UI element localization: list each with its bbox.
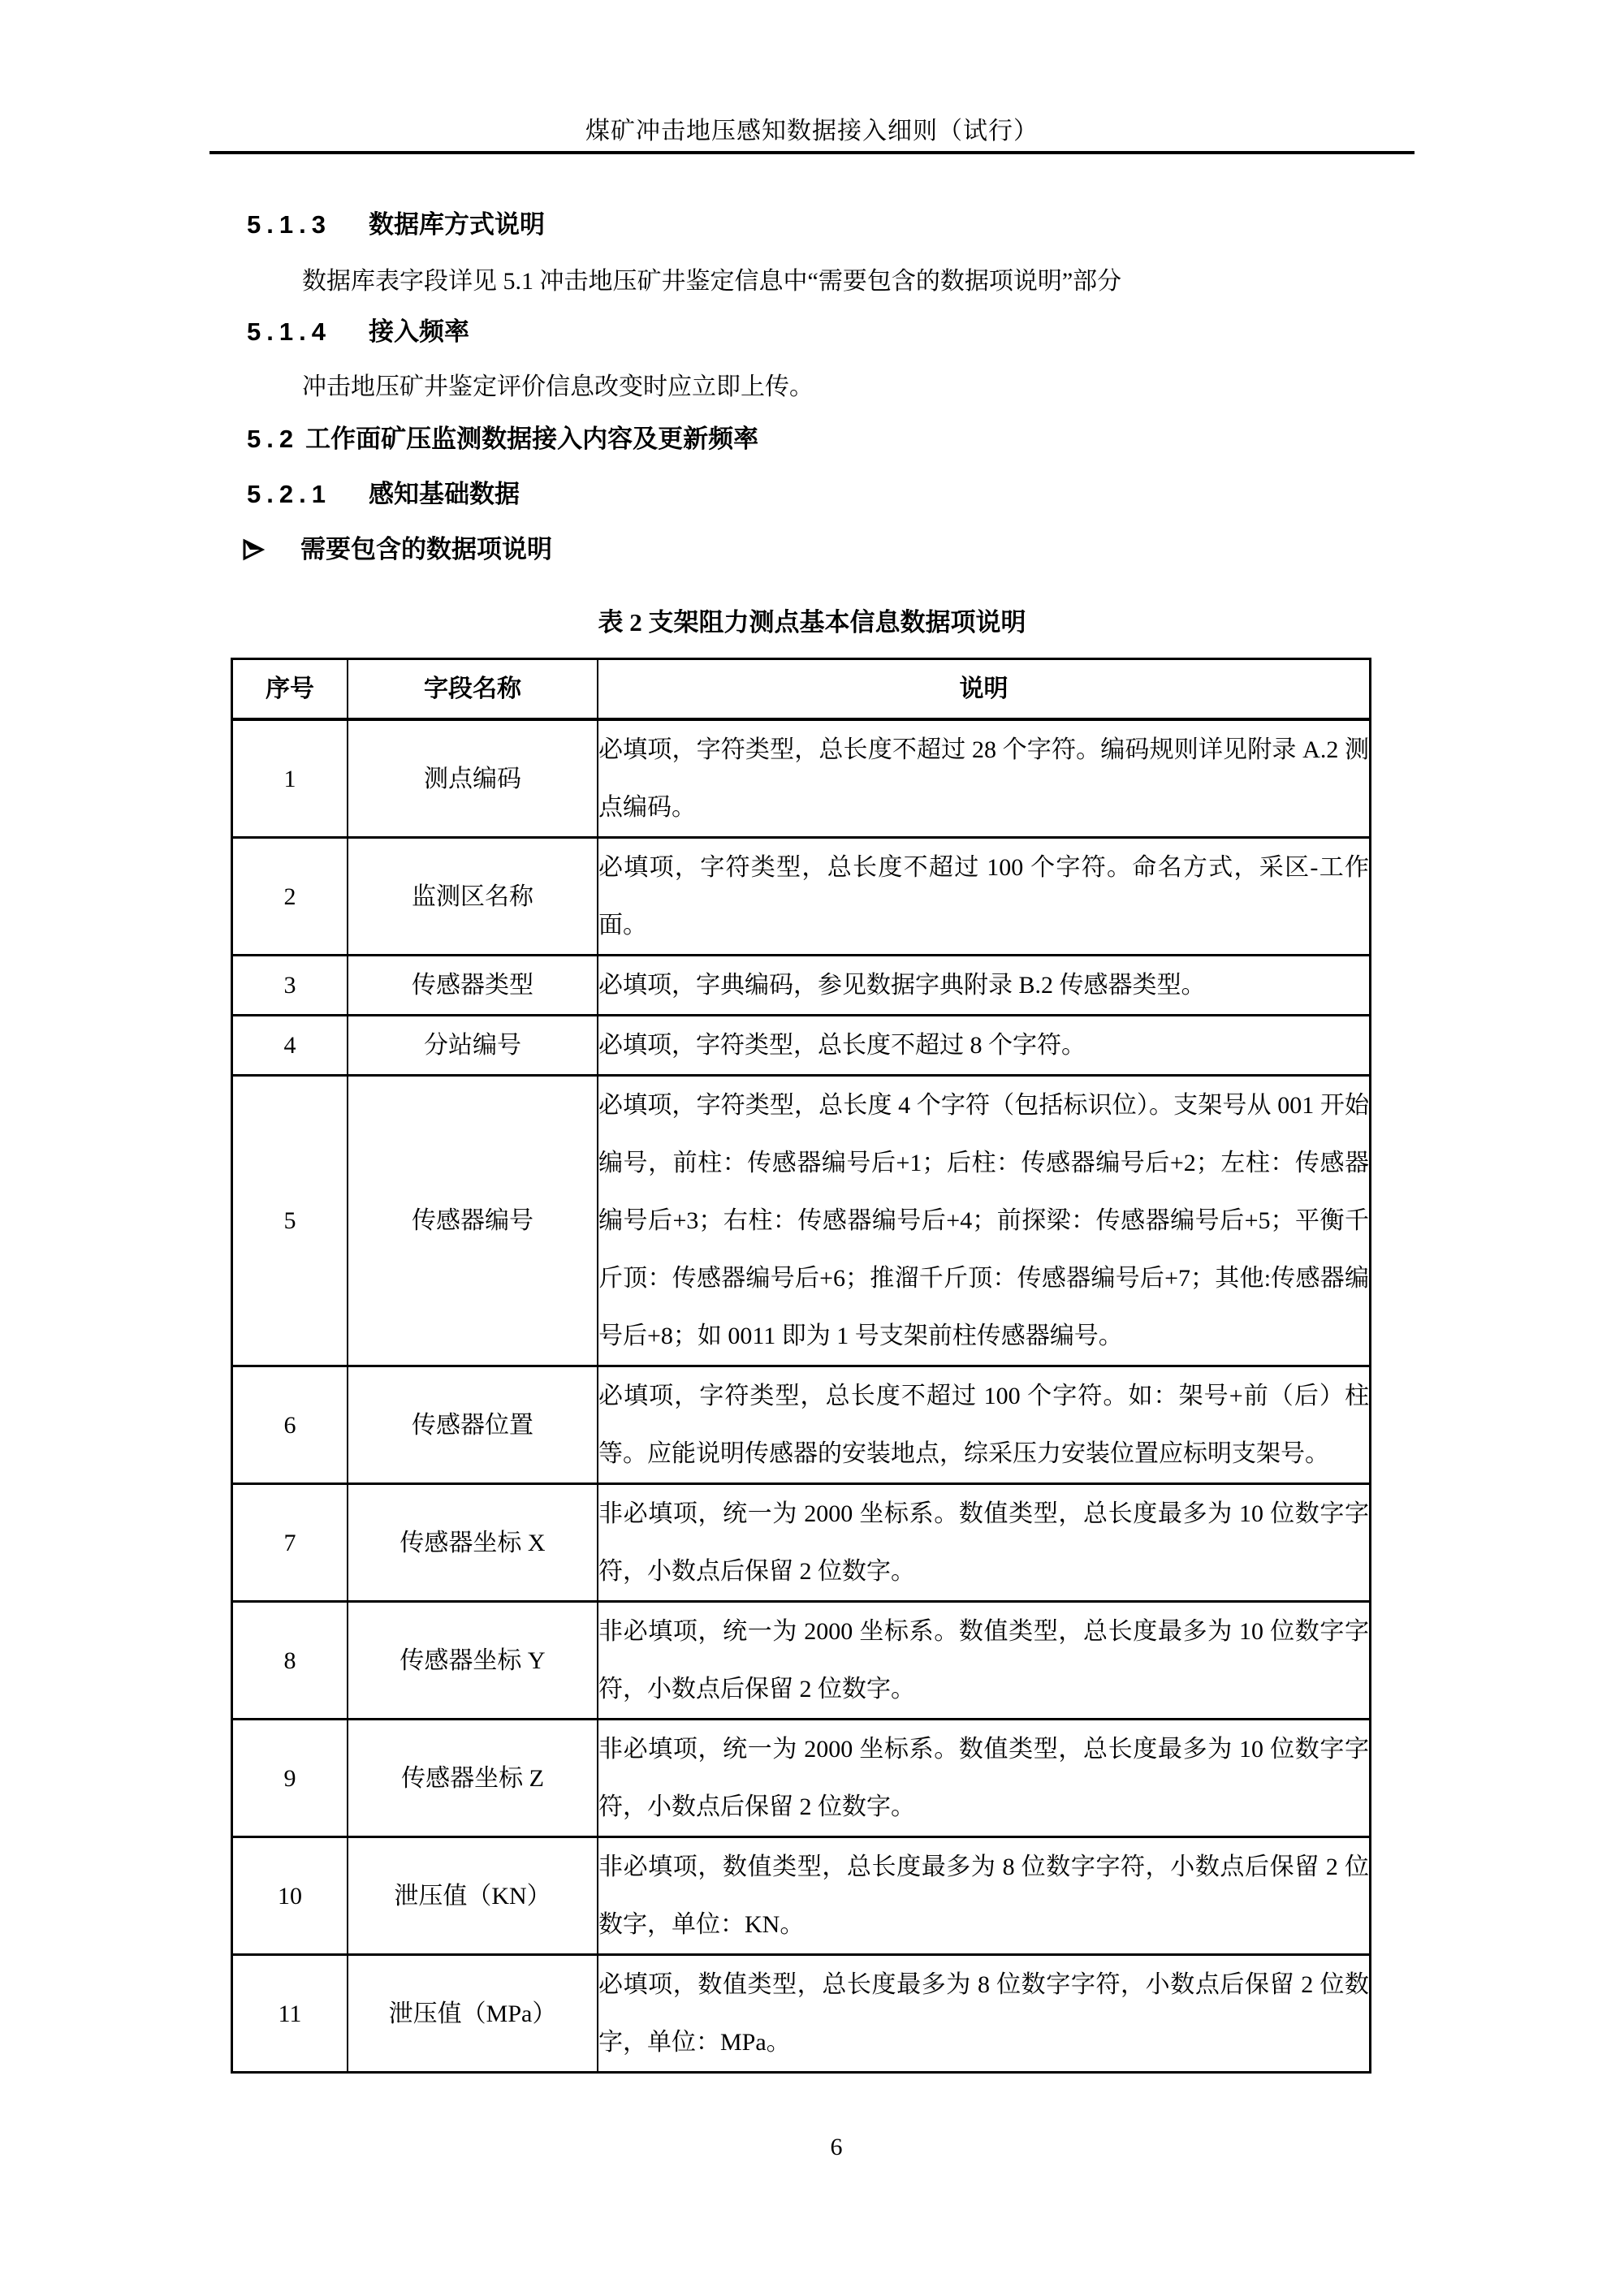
- row-no: 4: [232, 1016, 348, 1076]
- row-field: 传感器编号: [348, 1076, 598, 1366]
- table-row: 4 分站编号 必填项，字符类型，总长度不超过 8 个字符。: [232, 1016, 1371, 1076]
- row-desc: 非必填项，统一为 2000 坐标系。数值类型，总长度最多为 10 位数字字符，小…: [598, 1602, 1371, 1720]
- row-desc: 必填项，字符类型，总长度不超过 28 个字符。编码规则详见附录 A.2 测点编码…: [598, 719, 1371, 838]
- section-number: 5.2.1: [247, 480, 331, 508]
- row-field: 传感器坐标 Z: [348, 1720, 598, 1837]
- row-no: 2: [232, 838, 348, 956]
- bullet-text: 需要包含的数据项说明: [300, 534, 552, 565]
- row-desc: 必填项，字符类型，总长度不超过 100 个字符。如：架号+前（后）柱等。应能说明…: [598, 1366, 1371, 1484]
- row-no: 11: [232, 1955, 348, 2073]
- table-row: 3 传感器类型 必填项，字典编码，参见数据字典附录 B.2 传感器类型。: [232, 956, 1371, 1016]
- row-desc: 必填项，字符类型，总长度不超过 100 个字符。命名方式，采区-工作面。: [598, 838, 1371, 956]
- column-header-no: 序号: [232, 659, 348, 720]
- table-row: 9 传感器坐标 Z 非必填项，统一为 2000 坐标系。数值类型，总长度最多为 …: [232, 1720, 1371, 1837]
- paragraph-5-1-3: 数据库表字段详见 5.1 冲击地压矿井鉴定信息中“需要包含的数据项说明”部分: [302, 266, 1374, 297]
- row-field: 传感器坐标 X: [348, 1484, 598, 1602]
- section-heading-5-1-4: 5.1.4接入频率: [247, 317, 469, 347]
- section-title: 数据库方式说明: [369, 210, 545, 239]
- table-row: 7 传感器坐标 X 非必填项，统一为 2000 坐标系。数值类型，总长度最多为 …: [232, 1484, 1371, 1602]
- row-no: 9: [232, 1720, 348, 1837]
- row-field: 测点编码: [348, 719, 598, 838]
- section-heading-5-1-3: 5.1.3数据库方式说明: [247, 209, 545, 240]
- row-field: 泄压值（KN）: [348, 1837, 598, 1955]
- row-field: 传感器类型: [348, 956, 598, 1016]
- section-title: 接入频率: [369, 317, 469, 346]
- running-header-title: 煤矿冲击地压感知数据接入细则（试行）: [0, 117, 1624, 146]
- row-desc: 非必填项，数值类型，总长度最多为 8 位数字字符，小数点后保留 2 位数字，单位…: [598, 1837, 1371, 1955]
- row-no: 1: [232, 719, 348, 838]
- section-heading-5-2-1: 5.2.1感知基础数据: [247, 479, 520, 510]
- table-row: 1 测点编码 必填项，字符类型，总长度不超过 28 个字符。编码规则详见附录 A…: [232, 719, 1371, 838]
- data-items-table: 序号 字段名称 说明 1 测点编码 必填项，字符类型，总长度不超过 28 个字符…: [231, 658, 1371, 2074]
- bullet-item: 需要包含的数据项说明: [242, 534, 552, 565]
- section-title: 感知基础数据: [369, 480, 520, 508]
- row-field: 监测区名称: [348, 838, 598, 956]
- table-row: 10 泄压值（KN） 非必填项，数值类型，总长度最多为 8 位数字字符，小数点后…: [232, 1837, 1371, 1955]
- table-row: 6 传感器位置 必填项，字符类型，总长度不超过 100 个字符。如：架号+前（后…: [232, 1366, 1371, 1484]
- section-title: 工作面矿压监测数据接入内容及更新频率: [305, 425, 758, 453]
- table-row: 8 传感器坐标 Y 非必填项，统一为 2000 坐标系。数值类型，总长度最多为 …: [232, 1602, 1371, 1720]
- section-number: 5.1.3: [247, 210, 331, 239]
- section-number: 5.1.4: [247, 317, 331, 346]
- row-field: 传感器坐标 Y: [348, 1602, 598, 1720]
- table-caption: 表 2 支架阻力测点基本信息数据项说明: [0, 607, 1624, 638]
- section-number: 5.2: [247, 425, 299, 453]
- row-desc: 必填项，数值类型，总长度最多为 8 位数字字符，小数点后保留 2 位数字，单位：…: [598, 1955, 1371, 2073]
- table-row: 11 泄压值（MPa） 必填项，数值类型，总长度最多为 8 位数字字符，小数点后…: [232, 1955, 1371, 2073]
- table-row: 2 监测区名称 必填项，字符类型，总长度不超过 100 个字符。命名方式，采区-…: [232, 838, 1371, 956]
- column-header-field: 字段名称: [348, 659, 598, 720]
- column-header-desc: 说明: [598, 659, 1371, 720]
- row-no: 6: [232, 1366, 348, 1484]
- row-no: 5: [232, 1076, 348, 1366]
- row-field: 泄压值（MPa）: [348, 1955, 598, 2073]
- header-rule: [209, 151, 1415, 154]
- arrowhead-bullet-icon: [242, 537, 265, 562]
- table-row: 5 传感器编号 必填项，字符类型，总长度 4 个字符（包括标识位）。支架号从 0…: [232, 1076, 1371, 1366]
- section-heading-5-2: 5.2工作面矿压监测数据接入内容及更新频率: [247, 424, 758, 455]
- row-desc: 非必填项，统一为 2000 坐标系。数值类型，总长度最多为 10 位数字字符，小…: [598, 1484, 1371, 1602]
- paragraph-5-1-4: 冲击地压矿井鉴定评价信息改变时应立即上传。: [302, 372, 1374, 403]
- page-number: 6: [0, 2134, 1624, 2161]
- row-field: 分站编号: [348, 1016, 598, 1076]
- row-no: 10: [232, 1837, 348, 1955]
- table-header-row: 序号 字段名称 说明: [232, 659, 1371, 720]
- row-no: 3: [232, 956, 348, 1016]
- row-desc: 非必填项，统一为 2000 坐标系。数值类型，总长度最多为 10 位数字字符，小…: [598, 1720, 1371, 1837]
- row-desc: 必填项，字符类型，总长度不超过 8 个字符。: [598, 1016, 1371, 1076]
- row-desc: 必填项，字典编码，参见数据字典附录 B.2 传感器类型。: [598, 956, 1371, 1016]
- row-no: 7: [232, 1484, 348, 1602]
- row-desc: 必填项，字符类型，总长度 4 个字符（包括标识位）。支架号从 001 开始编号，…: [598, 1076, 1371, 1366]
- row-no: 8: [232, 1602, 348, 1720]
- row-field: 传感器位置: [348, 1366, 598, 1484]
